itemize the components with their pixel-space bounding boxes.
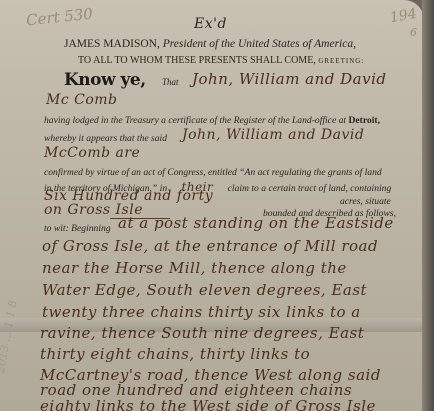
that-label: That — [162, 77, 179, 87]
examined-mark: Ex'd — [194, 16, 227, 32]
description-line: near the Horse Mill, thence along the — [42, 259, 347, 277]
heading-address: TO ALL TO WHOM THESE PRESENTS SHALL COME… — [78, 55, 364, 66]
printed-text: claim to a certain tract of land, contai… — [228, 183, 392, 194]
pencil-note-number: 194 — [389, 6, 418, 26]
greeting: GREETING: — [318, 57, 364, 65]
address-line: TO ALL TO WHOM THESE PRESENTS SHALL COME… — [78, 55, 316, 66]
grantees-repeat: John, William and David — [182, 127, 364, 143]
pencil-note-certificate: Cert 530 — [25, 5, 93, 30]
grantees-repeat-surname: McComb are — [44, 145, 140, 161]
description-line: at a post standing on the Eastside — [118, 214, 394, 232]
description-line: thirty eight chains, thirty links to — [40, 345, 310, 363]
pencil-note-sub: 6 — [410, 26, 417, 39]
know-ye-heading: Know ye, — [64, 70, 146, 90]
printed-text: having lodged in the Treasury a certific… — [44, 115, 346, 126]
description-line: ravine, thence South nine degrees, East — [40, 324, 364, 342]
heading-president: JAMES MADISON, President of the United S… — [64, 38, 356, 50]
president-name: JAMES MADISON, — [64, 38, 160, 50]
printed-line-confirmed: confirmed by virtue of an act of Congres… — [44, 167, 382, 178]
description-line: Water Edge, South eleven degrees, East — [42, 281, 367, 299]
acres-label: acres, situate — [340, 196, 391, 207]
printed-line-whereby: whereby it appears that the said — [44, 133, 167, 144]
description-line: of Gross Isle, at the entrance of Mill r… — [42, 237, 378, 255]
president-title: President of the United States of Americ… — [163, 38, 356, 50]
description-line: twenty three chains thirty six links to … — [42, 303, 361, 321]
page-edge-shadow — [422, 0, 434, 411]
land-patent-document: Cert 530 194 6 Ex'd JAMES MADISON, Presi… — [0, 0, 424, 411]
land-office-name: Detroit, — [348, 115, 380, 126]
to-wit-label: to wit: Beginning — [44, 223, 111, 234]
margin-pencil-note: 2013 ... 1 1 8 — [0, 299, 20, 374]
grantees-surname: Mc Comb — [46, 92, 118, 108]
description-line: eighty links to the West side of Gross I… — [40, 397, 376, 411]
grantees-names: John, William and David — [192, 70, 387, 88]
printed-line-treasury: having lodged in the Treasury a certific… — [44, 115, 380, 126]
